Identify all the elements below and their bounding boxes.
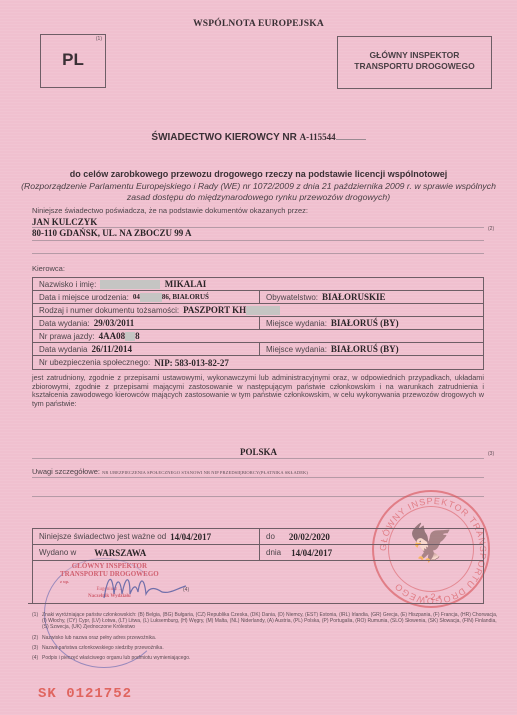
- divider: [32, 253, 484, 254]
- id-issue-date-cell: Data wydania: 29/03/2011: [33, 317, 260, 329]
- footnote-item: (3) Nazwa państwa członkowskiego siedzib…: [32, 645, 502, 651]
- id-document-cell: Rodzaj i numer dokumentu tożsamości: PAS…: [33, 304, 483, 316]
- regulation-reference: (Rozporządzenie Parlamentu Europejskiego…: [20, 181, 497, 203]
- name-label: Nazwisko i imię:: [39, 280, 96, 289]
- footnote-marker: (1): [96, 36, 102, 42]
- table-row: Data wydania: 29/03/2011 Miejsce wydania…: [33, 317, 483, 330]
- driver-section-label: Kierowca:: [32, 264, 65, 273]
- social-security-cell: Nr ubezpieczenia społecznego: NIP: 583-0…: [33, 356, 483, 369]
- issued-on-label: dnia: [266, 548, 281, 557]
- signature-icon: [100, 566, 190, 606]
- underline: [336, 132, 366, 140]
- member-state: POLSKA: [0, 447, 517, 457]
- certificate-number: A-115544: [300, 132, 336, 142]
- citizenship-label: Obywatelstwo:: [266, 293, 318, 302]
- valid-from-cell: Niniejsze świadectwo jest ważne od 14/04…: [33, 529, 260, 544]
- divider: [32, 477, 484, 478]
- citizenship-value: BIAŁORUSKIE: [322, 292, 386, 302]
- redacted-birth-date: [140, 293, 162, 302]
- id-issue-place-value: BIAŁORUŚ (BY): [331, 318, 399, 328]
- issued-on-cell: dnia 14/04/2017: [260, 545, 332, 560]
- valid-to-value: 20/02/2020: [289, 532, 330, 542]
- license-issue-date-label: Data wydania: [39, 345, 87, 354]
- social-security-label: Nr ubezpieczenia społecznego:: [39, 358, 150, 367]
- id-issue-date-label: Data wydania:: [39, 319, 90, 328]
- license-value-suffix: 8: [135, 331, 140, 341]
- table-row: Rodzaj i numer dokumentu tożsamości: PAS…: [33, 304, 483, 317]
- footnote-item: (1) Znaki wyróżniające państw członkowsk…: [32, 612, 502, 631]
- driver-details-table: Nazwisko i imię: MIKALAI Data i miejsce …: [32, 277, 484, 370]
- name-value: MIKALAI: [165, 279, 207, 289]
- footnote-marker: (3): [488, 451, 494, 457]
- redacted-id-number: [246, 306, 280, 315]
- issued-in-label: Wydano w: [39, 548, 76, 557]
- id-document-value: PASZPORT KH: [183, 305, 246, 315]
- table-row: Nr ubezpieczenia społecznego: NIP: 583-0…: [33, 356, 483, 369]
- footnote-text: Nazwisko lub nazwa oraz pełny adres prze…: [42, 635, 156, 641]
- certificate-purpose: do celów zarobkowego przewozu drogowego …: [0, 169, 517, 179]
- table-row: Niniejsze świadectwo jest ważne od 14/04…: [33, 529, 483, 545]
- valid-to-cell: do 20/02/2020: [260, 529, 330, 544]
- carrier-name: JAN KULCZYK: [32, 217, 97, 227]
- footnote-number: (3): [32, 645, 42, 651]
- redacted-license: [125, 332, 135, 341]
- authority-line-1: GŁÓWNY INSPEKTOR: [338, 50, 491, 61]
- table-row: Data wydania 26/11/2014 Miejsce wydania:…: [33, 343, 483, 356]
- remarks: Uwagi szczegółowe: NR UBEZPIECZENIA SPOŁ…: [32, 467, 308, 476]
- license-issue-place-value: BIAŁORUŚ (BY): [331, 344, 399, 354]
- id-issue-date-value: 29/03/2011: [94, 318, 135, 328]
- footnote-number: (2): [32, 635, 42, 641]
- remarks-value: NR UBEZPIECZENIA SPOŁECZNEGO STANOWI NR …: [102, 470, 308, 475]
- table-row: Data i miejsce urodzenia: 04 86, BIAŁORU…: [33, 291, 483, 304]
- footnote-divider: [28, 603, 98, 604]
- table-row: Nr prawa jazdy: 4AA08 8: [33, 330, 483, 343]
- license-value-prefix: 4AA08: [99, 331, 126, 341]
- valid-from-value: 14/04/2017: [170, 532, 211, 542]
- license-issue-place-label: Miejsce wydania:: [266, 345, 327, 354]
- citizenship-cell: Obywatelstwo: BIAŁORUSKIE: [260, 291, 386, 303]
- footnote-number: (1): [32, 612, 42, 631]
- footnote-item: (2) Nazwisko lub nazwa oraz pełny adres …: [32, 635, 502, 641]
- id-issue-place-label: Miejsce wydania:: [266, 319, 327, 328]
- birth-value-suffix: 86, BIAŁORUŚ: [162, 293, 209, 301]
- remarks-label: Uwagi szczegółowe:: [32, 467, 100, 476]
- valid-to-label: do: [266, 532, 275, 541]
- birth-cell: Data i miejsce urodzenia: 04 86, BIAŁORU…: [33, 291, 260, 303]
- issued-on-value: 14/04/2017: [291, 548, 332, 558]
- footnote-text: Znaki wyróżniające państw członkowskich:…: [42, 612, 502, 631]
- license-cell: Nr prawa jazdy: 4AA08 8: [33, 330, 483, 342]
- table-row: Nazwisko i imię: MIKALAI: [33, 278, 483, 291]
- license-label: Nr prawa jazdy:: [39, 332, 95, 341]
- license-issue-date-cell: Data wydania 26/11/2014: [33, 343, 260, 355]
- footnotes: (1) Znaki wyróżniające państw członkowsk…: [32, 612, 502, 665]
- country-code: PL: [41, 50, 105, 70]
- community-title: WSPÓLNOTA EUROPEJSKA: [0, 19, 517, 29]
- issuing-authority-box: GŁÓWNY INSPEKTOR TRANSPORTU DROGOWEGO: [337, 36, 492, 89]
- carrier-address: 80-110 GDAŃSK, UL. NA ZBOCZU 99 A: [32, 228, 192, 238]
- birth-value-prefix: 04: [133, 293, 140, 301]
- footnote-number: (4): [32, 655, 42, 661]
- footnote-text: Podpis i pieczęć właściwego organu lub p…: [42, 655, 190, 661]
- country-code-box: PL (1): [40, 34, 106, 88]
- footnote-marker: (2): [488, 226, 494, 232]
- name-cell: Nazwisko i imię: MIKALAI: [33, 278, 483, 290]
- issued-in-cell: Wydano w WARSZAWA: [33, 545, 260, 560]
- id-document-label: Rodzaj i numer dokumentu tożsamości:: [39, 306, 179, 315]
- id-issue-place-cell: Miejsce wydania: BIAŁORUŚ (BY): [260, 317, 399, 329]
- footnote-item: (4) Podpis i pieczęć właściwego organu l…: [32, 655, 502, 661]
- redacted-surname: [100, 280, 160, 289]
- social-security-value: NIP: 583-013-82-27: [154, 358, 229, 368]
- valid-from-label: Niniejsze świadectwo jest ważne od: [39, 532, 166, 541]
- license-issue-place-cell: Miejsce wydania: BIAŁORUŚ (BY): [260, 343, 399, 355]
- divider: [32, 458, 484, 459]
- footnote-text: Nazwa państwa członkowskiego siedziby pr…: [42, 645, 164, 651]
- holder-intro: Niniejsze świadectwo poświadcza, że na p…: [32, 206, 308, 215]
- certificate-title: ŚWIADECTWO KIEROWCY NR A-115544: [0, 132, 517, 143]
- divider: [32, 240, 484, 241]
- serial-number: SK 0121752: [38, 686, 132, 702]
- certificate-title-text: ŚWIADECTWO KIEROWCY NR: [151, 132, 296, 143]
- license-issue-date-value: 26/11/2014: [91, 344, 132, 354]
- birth-label: Data i miejsce urodzenia:: [39, 293, 129, 302]
- authority-line-2: TRANSPORTU DROGOWEGO: [338, 61, 491, 72]
- employment-statement: jest zatrudniony, zgodnie z przepisami u…: [32, 374, 484, 408]
- issued-in-value: WARSZAWA: [94, 548, 146, 558]
